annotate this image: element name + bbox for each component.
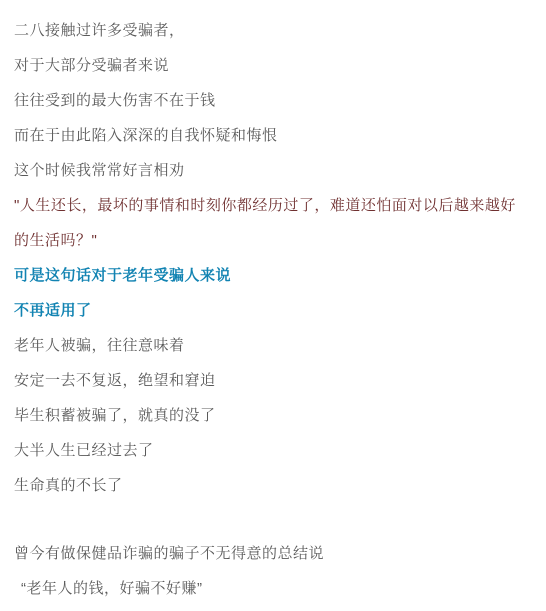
- paragraph-intro-5: 这个时候我常常好言相劝: [14, 154, 532, 187]
- paragraph-intro-2: 对于大部分受骗者来说: [14, 49, 532, 82]
- article-body: 二八接触过许多受骗者， 对于大部分受骗者来说 往往受到的最大伤害不在于钱 而在于…: [0, 0, 546, 605]
- quote-paragraph-line-1: "人生还长，最坏的事情和时刻你都经历过了，难道还怕面对以后越来越好: [14, 189, 532, 222]
- paragraph-intro-3: 往往受到的最大伤害不在于钱: [14, 84, 532, 117]
- paragraph-elderly-1: 老年人被骗，往往意味着: [14, 329, 532, 362]
- paragraph-intro-1: 二八接触过许多受骗者，: [14, 14, 532, 47]
- quote-paragraph-line-2: 的生活吗？": [14, 224, 532, 257]
- blank-line-spacer: [14, 504, 532, 537]
- paragraph-elderly-5: 生命真的不长了: [14, 469, 532, 502]
- scammer-quote: “老年人的钱，好骗不好赚”: [14, 572, 532, 605]
- paragraph-elderly-4: 大半人生已经过去了: [14, 434, 532, 467]
- highlight-paragraph-2: 不再适用了: [14, 294, 532, 327]
- highlight-paragraph-1: 可是这句话对于老年受骗人来说: [14, 259, 532, 292]
- paragraph-scammer-summary: 曾今有做保健品诈骗的骗子不无得意的总结说: [14, 537, 532, 570]
- paragraph-elderly-3: 毕生积蓄被骗了，就真的没了: [14, 399, 532, 432]
- paragraph-intro-4: 而在于由此陷入深深的自我怀疑和悔恨: [14, 119, 532, 152]
- paragraph-elderly-2: 安定一去不复返，绝望和窘迫: [14, 364, 532, 397]
